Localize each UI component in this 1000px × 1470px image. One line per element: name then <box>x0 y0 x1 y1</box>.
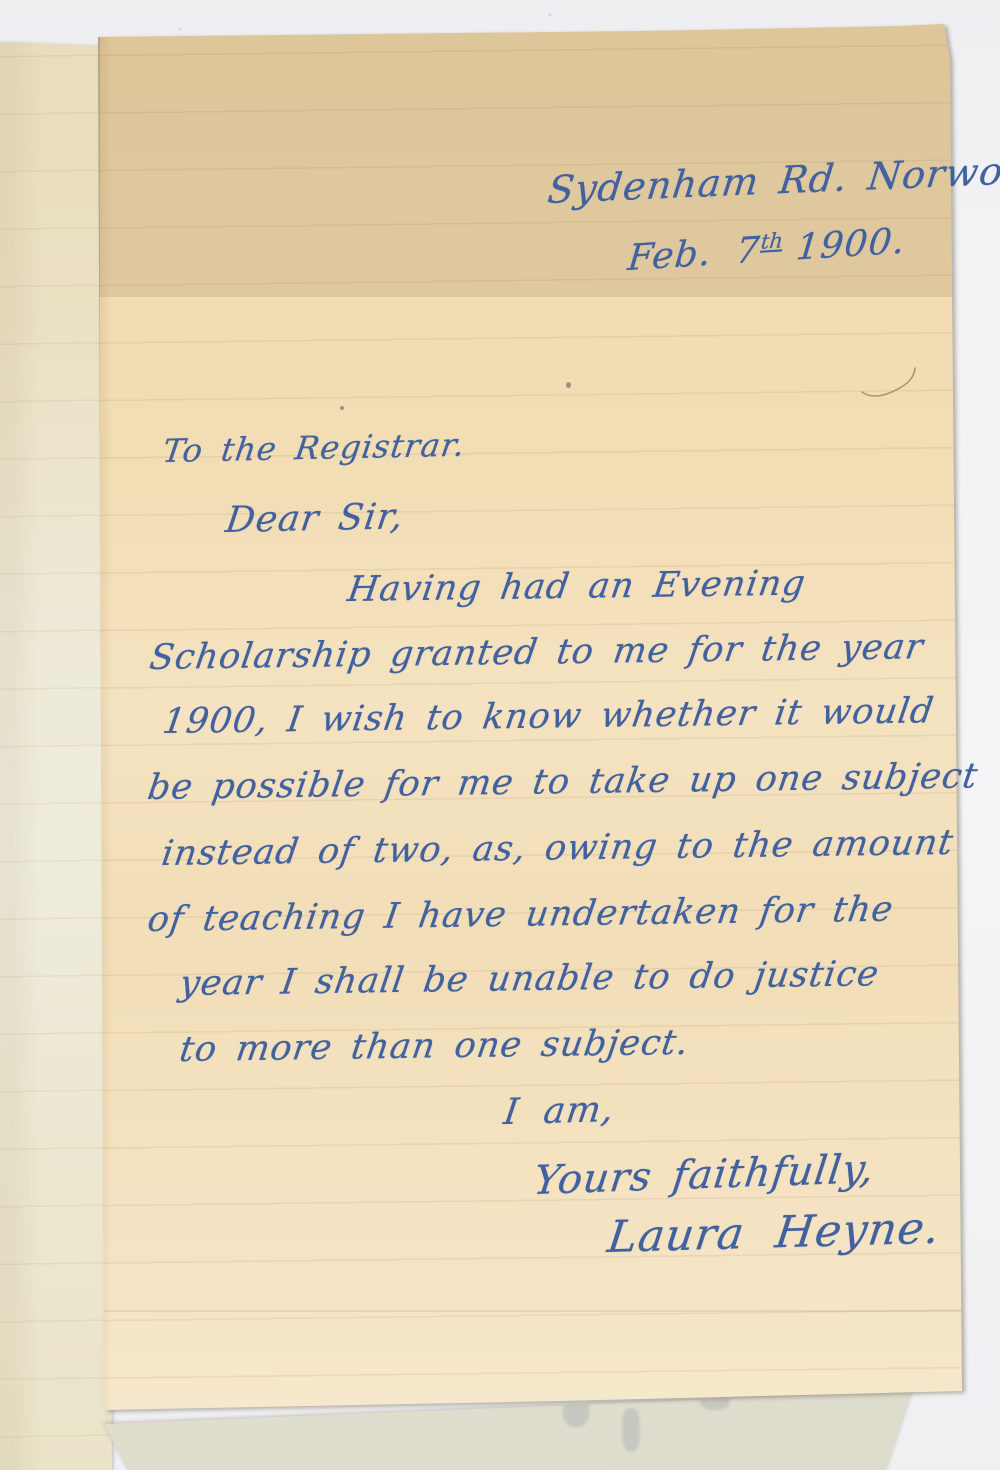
closing-line: I am, <box>501 1089 617 1133</box>
recipient-line: To the Registrar. <box>160 426 467 470</box>
stray-pen-mark <box>858 362 928 404</box>
body-line: to more than one subject. <box>177 1023 692 1070</box>
date-day: Feb. 7 <box>626 230 762 279</box>
salutation-line: Dear Sir, <box>223 496 406 541</box>
ink-speck <box>566 382 571 388</box>
body-line: Having had an Evening <box>345 564 808 610</box>
ink-speck <box>340 406 344 410</box>
date-ordinal: th <box>760 228 784 253</box>
scanned-letter-document: Sydenham Rd. Norwood. Feb. 7th1900. To t… <box>0 0 1000 1470</box>
date-year: 1900. <box>794 221 907 269</box>
signature-line: Laura Heyne. <box>605 1203 944 1263</box>
